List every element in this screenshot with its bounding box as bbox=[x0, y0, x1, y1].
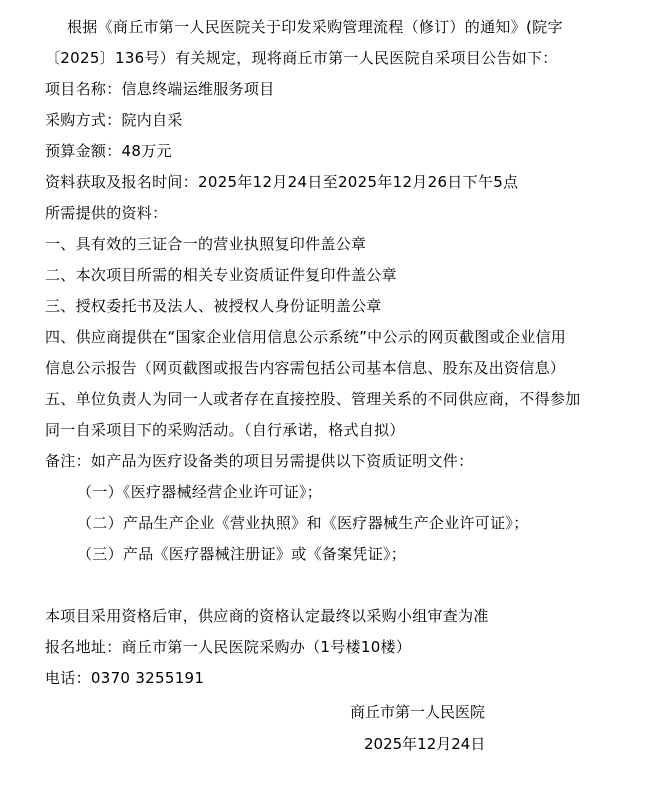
intro-line-2: 〔2025〕136号）有关规定，现将商丘市第一人民医院自采项目公告如下： bbox=[45, 43, 605, 74]
phone: 电话：0370 3255191 bbox=[45, 663, 605, 694]
remark-item-3: （三）产品《医疗器械注册证》或《备案凭证》； bbox=[45, 539, 605, 570]
signature-date: 2025年12月24日 bbox=[364, 729, 485, 760]
registration-time: 资料获取及报名时间：2025年12月24日至2025年12月26日下午5点 bbox=[45, 167, 605, 198]
required-materials-heading: 所需提供的资料： bbox=[45, 198, 605, 229]
remark-item-2: （二）产品生产企业《营业执照》和《医疗器械生产企业许可证》； bbox=[45, 508, 605, 539]
project-name: 项目名称：信息终端运维服务项目 bbox=[45, 74, 605, 105]
budget: 预算金额：48万元 bbox=[45, 136, 605, 167]
qualification-review: 本项目采用资格后审，供应商的资格认定最终以采购小组审查为准 bbox=[45, 601, 605, 632]
intro-line-1: 根据《商丘市第一人民医院关于印发采购管理流程（修订）的通知》(院字 bbox=[45, 12, 605, 43]
requirement-1: 一、具有效的三证合一的营业执照复印件盖公章 bbox=[45, 229, 605, 260]
requirement-4: 四、供应商提供在“国家企业信用信息公示系统”中公示的网页截图或企业信用 bbox=[45, 322, 605, 353]
notice-document: 根据《商丘市第一人民医院关于印发采购管理流程（修订）的通知》(院字 〔2025〕… bbox=[45, 12, 605, 694]
registration-address: 报名地址：商丘市第一人民医院采购办（1号楼10楼） bbox=[45, 632, 605, 663]
requirement-4-cont: 信息公示报告（网页截图或报告内容需包括公司基本信息、股东及出资信息） bbox=[45, 353, 605, 384]
signature-organization: 商丘市第一人民医院 bbox=[350, 697, 485, 728]
requirement-5-cont: 同一自采项目下的采购活动。（自行承诺，格式自拟） bbox=[45, 415, 605, 446]
remark-item-1: （一）《医疗器械经营企业许可证》； bbox=[45, 477, 605, 508]
procurement-method: 采购方式：院内自采 bbox=[45, 105, 605, 136]
requirement-5: 五、单位负责人为同一人或者存在直接控股、管理关系的不同供应商，不得参加 bbox=[45, 384, 605, 415]
requirement-3: 三、授权委托书及法人、被授权人身份证明盖公章 bbox=[45, 291, 605, 322]
requirement-2: 二、本次项目所需的相关专业资质证件复印件盖公章 bbox=[45, 260, 605, 291]
remark: 备注：如产品为医疗设备类的项目另需提供以下资质证明文件： bbox=[45, 446, 605, 477]
spacer bbox=[45, 570, 605, 601]
